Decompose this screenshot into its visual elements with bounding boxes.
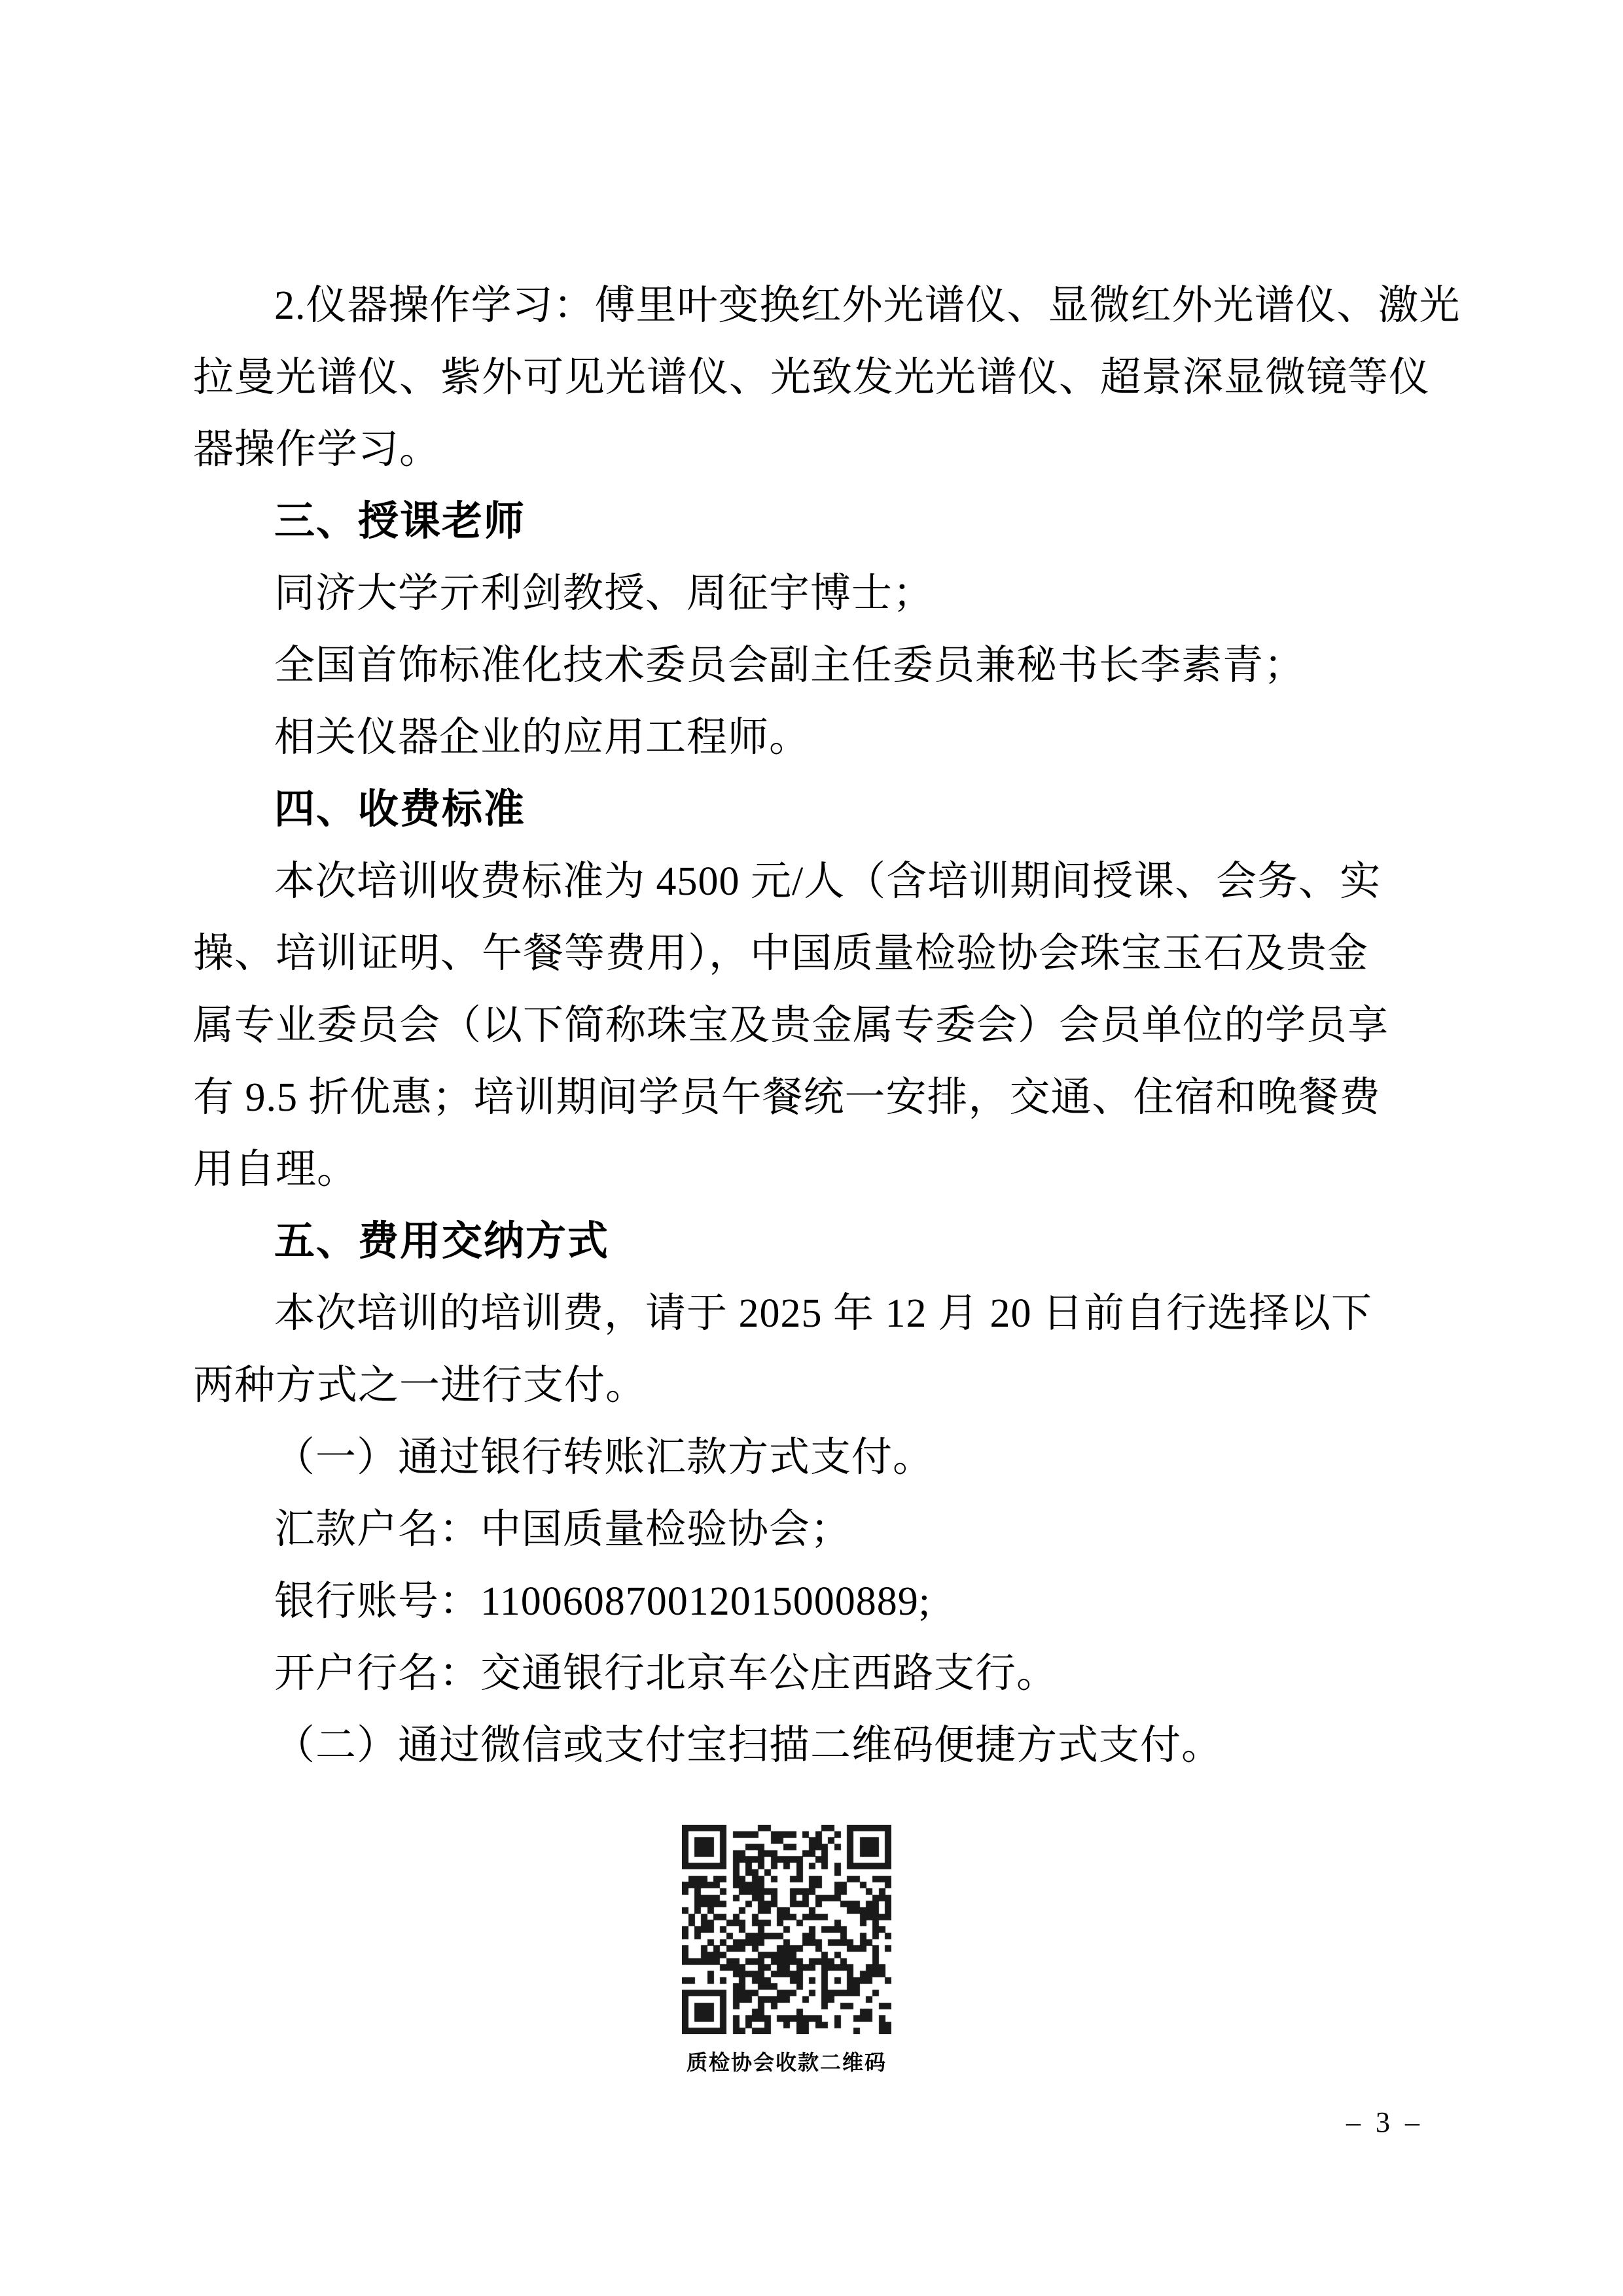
document-page: 2.仪器操作学习：傅里叶变换红外光谱仪、显微红外光谱仪、激光 拉曼光谱仪、紫外可… bbox=[0, 0, 1623, 2296]
page-number: – 3 – bbox=[1346, 2106, 1423, 2139]
body-line: （一）通过银行转账汇款方式支付。 bbox=[193, 1422, 1430, 1494]
body-line: （二）通过微信或支付宝扫描二维码便捷方式支付。 bbox=[193, 1710, 1430, 1782]
body-line: 器操作学习。 bbox=[193, 414, 1430, 486]
heading-fees: 四、收费标准 bbox=[193, 774, 1430, 846]
remit-account-name-line: 汇款户名：中国质量检验协会； bbox=[193, 1494, 1430, 1566]
body-line: 用自理。 bbox=[193, 1134, 1430, 1206]
body-line: 相关仪器企业的应用工程师。 bbox=[193, 702, 1430, 774]
body-line: 2.仪器操作学习：傅里叶变换红外光谱仪、显微红外光谱仪、激光 bbox=[193, 270, 1430, 342]
body-line: 本次培训收费标准为 4500 元/人（含培训期间授课、会务、实 bbox=[193, 846, 1430, 918]
bank-account-number-line: 银行账号：110060870012015000889; bbox=[193, 1566, 1430, 1638]
body-line: 本次培训的培训费，请于 2025 年 12 月 20 日前自行选择以下 bbox=[193, 1278, 1430, 1350]
qr-code bbox=[682, 1825, 891, 2034]
body-line: 同济大学亓利剑教授、周征宇博士； bbox=[193, 558, 1430, 630]
body-line: 属专业委员会（以下简称珠宝及贵金属专委会）会员单位的学员享 bbox=[193, 990, 1430, 1062]
qr-caption: 质检协会收款二维码 bbox=[682, 2051, 891, 2074]
body-line: 有 9.5 折优惠；培训期间学员午餐统一安排，交通、住宿和晚餐费 bbox=[193, 1062, 1430, 1134]
heading-payment-method: 五、费用交纳方式 bbox=[193, 1206, 1430, 1278]
body-line: 两种方式之一进行支付。 bbox=[193, 1350, 1430, 1422]
body-line: 全国首饰标准化技术委员会副主任委员兼秘书长李素青； bbox=[193, 630, 1430, 702]
body-line: 操、培训证明、午餐等费用），中国质量检验协会珠宝玉石及贵金 bbox=[193, 918, 1430, 990]
body-line: 拉曼光谱仪、紫外可见光谱仪、光致发光光谱仪、超景深显微镜等仪 bbox=[193, 342, 1430, 414]
heading-teachers: 三、授课老师 bbox=[193, 486, 1430, 558]
payment-qr-block: 质检协会收款二维码 bbox=[682, 1825, 891, 2074]
bank-branch-line: 开户行名：交通银行北京车公庄西路支行。 bbox=[193, 1638, 1430, 1710]
